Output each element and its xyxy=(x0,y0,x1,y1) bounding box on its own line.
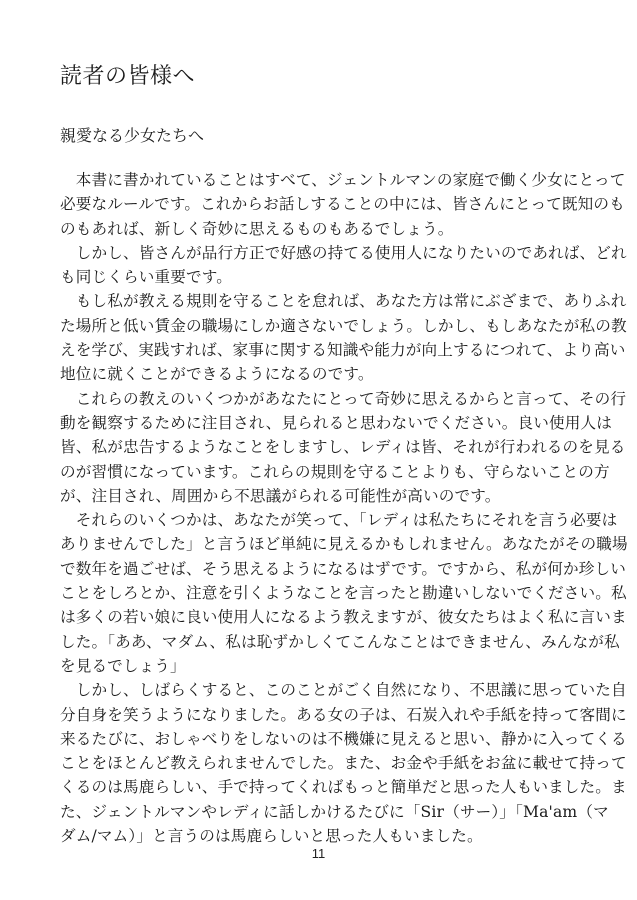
text-line: した。「ああ、マダム、私は恥ずかしくてこんなことはできません、みんなが私 xyxy=(60,630,580,654)
text-line: で数年を過ごせば、そう思えるようになるはずです。ですから、私が何か珍しい xyxy=(60,557,580,581)
text-line: を見るでしょう」 xyxy=(60,654,580,678)
text-line: 皆、私が忠告するようなことをしますし、レディは皆、それが行われるのを見る xyxy=(60,435,580,459)
text-line: もし私が教える規則を守ることを怠れば、あなた方は常にぶざまで、ありふれ xyxy=(60,289,580,313)
text-line: 本書に書かれていることはすべて、ジェントルマンの家庭で働く少女にとって xyxy=(60,168,580,192)
text-line: 分自身を笑うようになりました。ある女の子は、石炭入れや手紙を持って客間に xyxy=(60,703,580,727)
text-line: くるのは馬鹿らしい、手で持ってくればもっと簡単だと思った人もいました。ま xyxy=(60,775,580,799)
text-line: 来るたびに、おしゃべりをしないのは不機嫌に見えると思い、静かに入ってくる xyxy=(60,727,580,751)
text-line: それらのいくつかは、あなたが笑って、「レディは私たちにそれを言う必要は xyxy=(60,508,580,532)
document-page: 読者の皆様へ 親愛なる少女たちへ 本書に書かれていることはすべて、ジェントルマン… xyxy=(0,0,637,900)
text-line: ありませんでした」と言うほど単純に見えるかもしれません。あなたがその職場 xyxy=(60,532,580,556)
text-line: た場所と低い賃金の職場にしか適さないでしょう。しかし、もしあなたが私の教 xyxy=(60,314,580,338)
text-line: 地位に就くことができるようになるのです。 xyxy=(60,362,580,386)
salutation: 親愛なる少女たちへ xyxy=(60,124,204,148)
text-line: えを学び、実践すれば、家事に関する知識や能力が向上するにつれて、より高い xyxy=(60,338,580,362)
text-line: のもあれば、新しく奇妙に思えるものもあるでしょう。 xyxy=(60,217,580,241)
page-title: 読者の皆様へ xyxy=(60,62,195,92)
body-text: 本書に書かれていることはすべて、ジェントルマンの家庭で働く少女にとって必要なルー… xyxy=(60,168,580,848)
text-line: しかし、しばらくすると、このことがごく自然になり、不思議に思っていた自 xyxy=(60,678,580,702)
text-line: ダム/マム）」と言うのは馬鹿らしいと思った人もいました。 xyxy=(60,824,580,848)
text-line: 必要なルールです。これからお話しすることの中には、皆さんにとって既知のも xyxy=(60,192,580,216)
text-line: は多くの若い娘に良い使用人になるよう教えますが、彼女たちはよく私に言いま xyxy=(60,605,580,629)
page-number: 11 xyxy=(0,846,637,861)
text-line: のが習慣になっています。これらの規則を守ることよりも、守らないことの方 xyxy=(60,460,580,484)
text-line: ことをしろとか、注意を引くようなことを言ったと勘違いしないでください。私 xyxy=(60,581,580,605)
text-line: た、ジェントルマンやレディに話しかけるたびに「Sir（サー）」「Ma'am（マ xyxy=(60,800,580,824)
text-line: 動を観察するために注目され、見られると思わないでください。良い使用人は xyxy=(60,411,580,435)
text-line: が、注目され、周囲から不思議がられる可能性が高いのです。 xyxy=(60,484,580,508)
text-line: しかし、皆さんが品行方正で好感の持てる使用人になりたいのであれば、どれ xyxy=(60,241,580,265)
text-line: これらの教えのいくつかがあなたにとって奇妙に思えるからと言って、その行 xyxy=(60,387,580,411)
text-line: も同じくらい重要です。 xyxy=(60,265,580,289)
text-line: ことをほとんど教えられませんでした。また、お金や手紙をお盆に載せて持って xyxy=(60,751,580,775)
